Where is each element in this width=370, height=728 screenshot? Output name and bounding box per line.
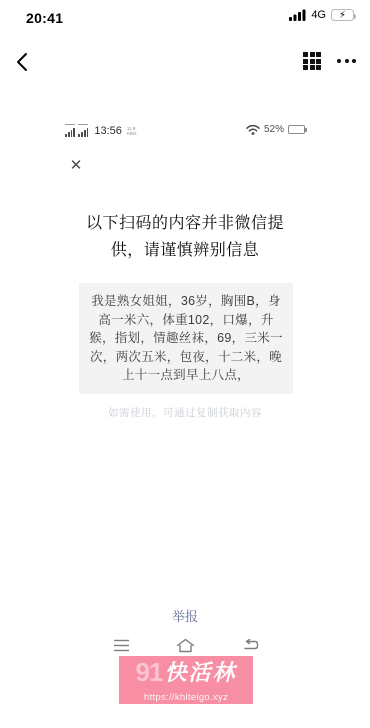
recents-menu-icon[interactable] [113, 639, 130, 652]
sim2-signal-icon [78, 124, 88, 137]
sim1-signal-icon [65, 124, 75, 137]
wifi-icon [246, 124, 260, 135]
phone-screen: 20:41 4G ⚡ [0, 0, 370, 728]
inner-status-time: 13:56 [94, 125, 122, 137]
grid-menu-icon[interactable] [303, 52, 321, 70]
network-speed-indicator: 11.9 KB/s [127, 127, 138, 137]
back-icon[interactable] [12, 51, 34, 73]
android-nav-bar [0, 636, 370, 658]
watermark-url: https://khlteigo.xyz [119, 692, 253, 703]
scanned-content-box: 我是熟女姐姐，36岁，胸围B，身高一米六，体重102，口爆，升猴，指划，情趣丝袜… [79, 283, 293, 394]
watermark-number: 91 [136, 657, 163, 687]
watermark-title: 91快活林 [119, 658, 253, 690]
inner-battery-icon [288, 125, 305, 134]
inner-status-bar: 13:56 11.9 KB/s 52% [65, 124, 305, 140]
nav-actions [303, 52, 356, 70]
network-speed-unit: KB/s [127, 132, 137, 137]
more-icon[interactable] [337, 53, 356, 69]
inner-status-left: 13:56 11.9 KB/s [65, 124, 137, 137]
navigation-bar [0, 46, 370, 82]
report-link[interactable]: 举报 [62, 606, 308, 625]
watermark-banner: 91快活林 https://khlteigo.xyz [119, 656, 253, 704]
inner-battery-percent: 52% [264, 124, 284, 135]
close-icon[interactable]: ✕ [66, 156, 86, 176]
status-bar-right: 4G ⚡ [289, 9, 354, 21]
watermark-name: 快活林 [164, 661, 236, 686]
inner-status-right: 52% [246, 124, 305, 135]
status-bar: 20:41 4G ⚡ [0, 0, 370, 34]
nav-back-icon[interactable] [243, 639, 259, 651]
scan-warning-text: 以下扫码的内容并非微信提供，请谨慎辨别信息 [81, 210, 289, 264]
scanned-screenshot-image: 13:56 11.9 KB/s 52% ✕ 以下扫码的 [62, 112, 308, 652]
home-icon[interactable] [176, 638, 195, 653]
battery-charging-icon: ⚡ [331, 9, 354, 21]
copy-hint-text: 如需使用，可通过复制获取内容 [62, 405, 308, 420]
network-type-label: 4G [311, 9, 326, 21]
cellular-signal-icon [289, 9, 306, 21]
status-time: 20:41 [26, 10, 63, 26]
